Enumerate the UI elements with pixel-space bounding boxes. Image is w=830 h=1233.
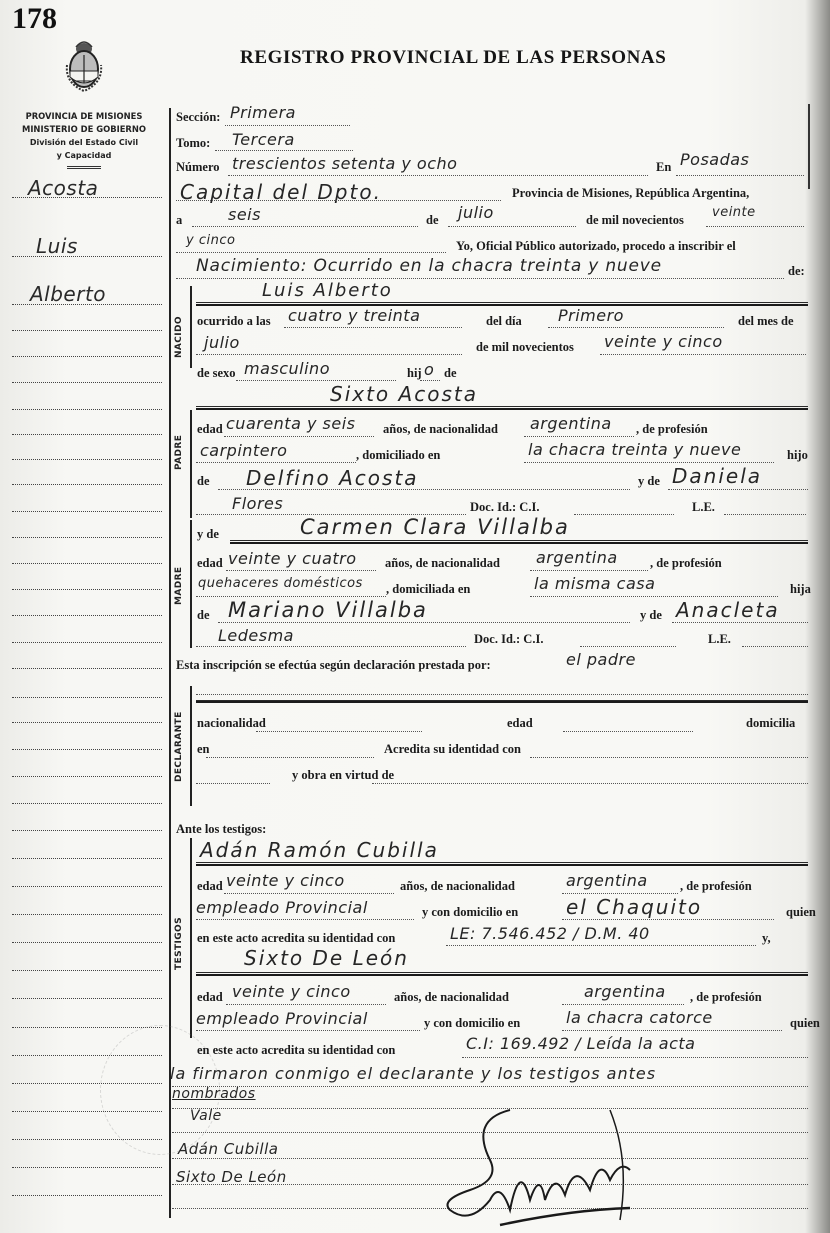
hour-line [284, 327, 462, 328]
witness-1-identity-line [446, 945, 756, 946]
child-name-value: Luis Alberto [262, 280, 393, 301]
en-label: En [656, 160, 671, 175]
month-prefix-label: de [426, 213, 439, 228]
birth-day-line [548, 327, 724, 328]
padre-le-line [724, 514, 806, 515]
padre-domicile-label: , domiciliado en [356, 448, 440, 463]
birth-month-line [196, 354, 462, 355]
tomo-value: Tercera [232, 130, 295, 149]
margin-line [12, 197, 162, 198]
declarante-age-label: edad [507, 716, 533, 731]
paternal-grandfather-line [218, 489, 630, 490]
child-of-de-label: de [444, 366, 457, 381]
year-continuation-line [176, 252, 446, 253]
birth-month-value: julio [204, 333, 240, 352]
maternal-grandmother-line [672, 622, 808, 623]
margin-line [12, 697, 162, 698]
madre-age-value: veinte y cuatro [228, 549, 357, 568]
witness-1-profession-label: , de profesión [680, 879, 752, 894]
declarante-identity-label: Acredita su identidad con [384, 742, 521, 757]
signature-witness-2: Sixto De León [176, 1168, 287, 1186]
witness-2-quien-label: quien [790, 1016, 820, 1031]
day-line [192, 226, 418, 227]
witness-1-age-line [224, 893, 394, 894]
padre-nationality-value: argentina [530, 414, 612, 433]
margin-line [12, 511, 162, 512]
testigos-section-rule [190, 838, 192, 1038]
nacido-section-label: NACIDO [174, 316, 184, 358]
padre-de-label: de [197, 474, 210, 489]
folio-number: 178 [12, 2, 57, 36]
declarante-virtue-line [372, 783, 808, 784]
madre-section-rule [190, 520, 192, 648]
year-line [706, 226, 804, 227]
tomo-label: Tomo: [176, 136, 210, 151]
padre-le-label: L.E. [692, 500, 715, 515]
madre-doc-label: Doc. Id.: C.I. [474, 632, 543, 647]
margin-line [12, 256, 162, 257]
madre-y-de-label-2: y de [640, 608, 662, 623]
witness-2-name: Sixto De León [244, 946, 409, 970]
witness-1-nationality-label: años, de nacionalidad [400, 879, 515, 894]
padre-age-line [224, 436, 374, 437]
act-line [176, 278, 784, 279]
padre-profession-value: carpintero [200, 441, 287, 460]
place-line [176, 200, 501, 201]
nacido-section-rule [190, 286, 192, 368]
madre-doc-line [580, 646, 676, 647]
declarante-nationality-label: nacionalidad [197, 716, 266, 731]
margin-line [12, 537, 162, 538]
madre-profession-value: quehaceres domésticos [198, 576, 363, 591]
testigos-section-label: TESTIGOS [174, 917, 184, 970]
paternal-grandfather: Delfino Acosta [246, 466, 419, 490]
declaration-value: el padre [566, 650, 636, 669]
margin-line [12, 642, 162, 643]
year-value-part1: veinte [712, 205, 756, 220]
witness-2-age-line [226, 1004, 386, 1005]
witness-2-domicile-label: y con domicilio en [424, 1016, 520, 1031]
witness-1-age-value: veinte y cinco [226, 871, 345, 890]
child-suffix-line [420, 380, 440, 381]
witness-2-identity-line [462, 1057, 808, 1058]
seccion-label: Sección: [176, 110, 220, 125]
margin-line [12, 830, 162, 831]
madre-le-line [742, 646, 808, 647]
maternal-grandfather: Mariano Villalba [228, 598, 428, 622]
margin-line [12, 858, 162, 859]
margin-line [12, 722, 162, 723]
witness-1-nationality-value: argentina [566, 871, 648, 890]
numero-label: Número [176, 160, 220, 175]
margin-line [12, 459, 162, 460]
issuing-organization: PROVINCIA DE MISIONES MINISTERIO DE GOBI… [8, 110, 160, 169]
margin-line [12, 382, 162, 383]
paternal-grandmother-first: Daniela [672, 464, 762, 488]
margin-given-name-2: Alberto [30, 282, 106, 306]
birth-year-line [600, 354, 806, 355]
witness-1-quien-label: quien [786, 905, 816, 920]
birth-month-label: del mes de [738, 314, 794, 329]
padre-age-label: edad [197, 422, 223, 437]
padre-doc-label: Doc. Id.: C.I. [470, 500, 539, 515]
tomo-line [215, 150, 353, 151]
witness-1-name: Adán Ramón Cubilla [200, 838, 439, 862]
margin-line [12, 589, 162, 590]
witness-2-profession-value: empleado Provincial [196, 1009, 368, 1028]
margin-line [12, 776, 162, 777]
margin-given-name-1: Luis [36, 234, 78, 258]
margin-line [12, 886, 162, 887]
page-title: REGISTRO PROVINCIAL DE LAS PERSONAS [240, 47, 666, 69]
margin-line [12, 998, 162, 999]
witnesses-intro: Ante los testigos: [176, 822, 266, 837]
witness-1-identity-label: en este acto acredita su identidad con [197, 931, 395, 946]
official-stamp [100, 1025, 220, 1155]
witness-1-identity-value: LE: 7.546.452 / D.M. 40 [450, 924, 650, 943]
birth-year-value: veinte y cinco [604, 332, 723, 351]
madre-profession-line [196, 596, 386, 597]
padre-hijo-label: hijo [787, 448, 808, 463]
margin-line [12, 434, 162, 435]
month-line [448, 226, 576, 227]
padre-domicile-line [524, 462, 774, 463]
maternal-grandmother-last-line [196, 646, 466, 647]
closing-line-1-rule [172, 1086, 808, 1087]
org-ministry: MINISTERIO DE GOBIERNO [8, 123, 160, 136]
margin-line [12, 356, 162, 357]
padre-nationality-label: años, de nacionalidad [383, 422, 498, 437]
witness-2-age-value: veinte y cinco [232, 982, 351, 1001]
maternal-grandmother-last: Ledesma [218, 626, 294, 645]
paternal-grandmother-line [668, 489, 808, 490]
declarante-nationality-line [256, 731, 422, 732]
madre-y-de-label: y de [197, 527, 219, 542]
numero-line [228, 175, 648, 176]
madre-section-label: MADRE [174, 567, 184, 605]
hour-value: cuatro y treinta [288, 306, 420, 325]
witness-2-identity-value: C.I: 169.492 / Leída la acta [466, 1034, 695, 1053]
madre-domicile-value: la misma casa [534, 574, 655, 593]
witness-1-domicile-value: el Chaquito [566, 895, 702, 919]
margin-line [12, 970, 162, 971]
madre-age-line [226, 570, 376, 571]
birth-year-label: de mil novecientos [476, 340, 574, 355]
officer-statement: Yo, Oficial Público autorizado, procedo … [456, 239, 736, 254]
padre-age-value: cuarenta y seis [226, 414, 355, 433]
nacido-father-line [196, 406, 808, 410]
madre-age-label: edad [197, 556, 223, 571]
birth-registration-document: 178 REGISTRO PROVINCIAL DE LAS PERSONAS … [0, 0, 830, 1233]
margin-line [12, 1195, 162, 1196]
witness-1-name-line [196, 862, 808, 866]
sex-label: de sexo [197, 366, 236, 381]
padre-section-label: PADRE [174, 435, 184, 470]
madre-domicile-label: , domiciliada en [386, 582, 470, 597]
witness-1-domicile-label: y con domicilio en [422, 905, 518, 920]
seccion-value: Primera [230, 103, 296, 122]
padre-nationality-line [524, 436, 634, 437]
margin-line [12, 330, 162, 331]
paternal-grandmother-last: Flores [232, 494, 283, 513]
right-vertical-rule [808, 104, 810, 189]
org-divider [67, 166, 101, 169]
act-de-label: de: [788, 264, 805, 279]
year-prefix-label: de mil novecientos [586, 213, 684, 228]
padre-domicile-value: la chacra treinta y nueve [528, 440, 741, 459]
witness-1-age-label: edad [197, 879, 223, 894]
maternal-grandmother-first: Anacleta [676, 598, 780, 622]
declarante-age-line [563, 731, 693, 732]
numero-value: trescientos setenta y ocho [232, 154, 457, 173]
witness-2-profession-label: , de profesión [690, 990, 762, 1005]
declarante-section-rule [190, 686, 192, 806]
mother-name-line [230, 540, 808, 544]
day-prefix-label: a [176, 213, 182, 228]
margin-line [12, 1167, 162, 1168]
madre-nationality-value: argentina [536, 548, 618, 567]
witness-1-y-label: y, [762, 931, 771, 946]
child-of-label: hij [407, 366, 422, 381]
madre-hija-label: hija [790, 582, 811, 597]
declarante-name-line [196, 694, 808, 695]
en-line [676, 175, 804, 176]
nacido-father-name: Sixto Acosta [330, 382, 478, 406]
month-value: julio [458, 203, 494, 222]
witness-1-profession-value: empleado Provincial [196, 898, 368, 917]
declarante-virtue-label: y obra en virtud de [292, 768, 394, 783]
madre-de-label: de [197, 608, 210, 623]
witness-2-age-label: edad [197, 990, 223, 1005]
en-value: Posadas [680, 150, 749, 169]
seccion-line [225, 125, 350, 126]
sex-value: masculino [244, 359, 330, 378]
witness-2-identity-label: en este acto acredita su identidad con [197, 1043, 395, 1058]
declarante-identity-line [530, 757, 808, 758]
witness-1-nationality-line [562, 893, 678, 894]
sex-line [236, 380, 396, 381]
witness-2-name-line [196, 972, 808, 976]
padre-doc-line [574, 514, 674, 515]
declarante-en-label: en [197, 742, 210, 757]
padre-profession-line [196, 462, 356, 463]
maternal-grandfather-line [218, 622, 630, 623]
margin-line [12, 563, 162, 564]
declarante-double-rule [196, 700, 808, 703]
birth-day-label: del día [486, 314, 522, 329]
witness-2-profession-line [196, 1030, 420, 1031]
province-text: Provincia de Misiones, República Argenti… [512, 186, 749, 201]
witness-2-nationality-label: años, de nacionalidad [394, 990, 509, 1005]
madre-domicile-line [530, 596, 778, 597]
margin-line [12, 304, 162, 305]
margin-line [12, 803, 162, 804]
declarante-domicile-label: domicilia [746, 716, 795, 731]
witness-1-domicile-line [562, 919, 774, 920]
madre-le-label: L.E. [708, 632, 731, 647]
declarante-virtue-prefix-line [196, 783, 270, 784]
day-value: seis [228, 205, 261, 224]
margin-line [12, 615, 162, 616]
margin-line [12, 409, 162, 410]
witness-2-domicile-line [562, 1030, 782, 1031]
padre-profession-label: , de profesión [636, 422, 708, 437]
org-capacity: y Capacidad [8, 149, 160, 162]
padre-y-de-label: y de [638, 474, 660, 489]
org-division: División del Estado Civil [8, 136, 160, 149]
act-value: Nacimiento: Ocurrido en la chacra treint… [196, 256, 662, 276]
declaration-statement: Esta inscripción se efectúa según declar… [176, 658, 491, 673]
madre-nationality-label: años, de nacionalidad [385, 556, 500, 571]
declarante-en-line [206, 757, 374, 758]
org-province: PROVINCIA DE MISIONES [8, 110, 160, 123]
margin-line [12, 942, 162, 943]
mother-name-value: Carmen Clara Villalba [300, 515, 570, 539]
madre-nationality-line [530, 570, 648, 571]
witness-2-domicile-value: la chacra catorce [566, 1008, 713, 1027]
declarante-section-label: DECLARANTE [174, 711, 184, 782]
margin-line [12, 749, 162, 750]
closing-line-1: la firmaron conmigo el declarante y los … [170, 1064, 656, 1083]
officer-signature-icon [430, 1100, 660, 1230]
hour-label: ocurrido a las [197, 314, 271, 329]
margin-line [12, 484, 162, 485]
year-value-part2: y cinco [186, 233, 235, 248]
margin-line [12, 668, 162, 669]
witness-2-nationality-value: argentina [584, 982, 666, 1001]
madre-profession-label: , de profesión [650, 556, 722, 571]
child-of-suffix: o [424, 360, 434, 379]
witness-1-profession-line [196, 919, 414, 920]
witness-2-nationality-line [562, 1004, 684, 1005]
margin-line [12, 914, 162, 915]
birth-day-value: Primero [558, 306, 624, 325]
coat-of-arms-icon [62, 35, 106, 95]
padre-section-rule [190, 410, 192, 518]
